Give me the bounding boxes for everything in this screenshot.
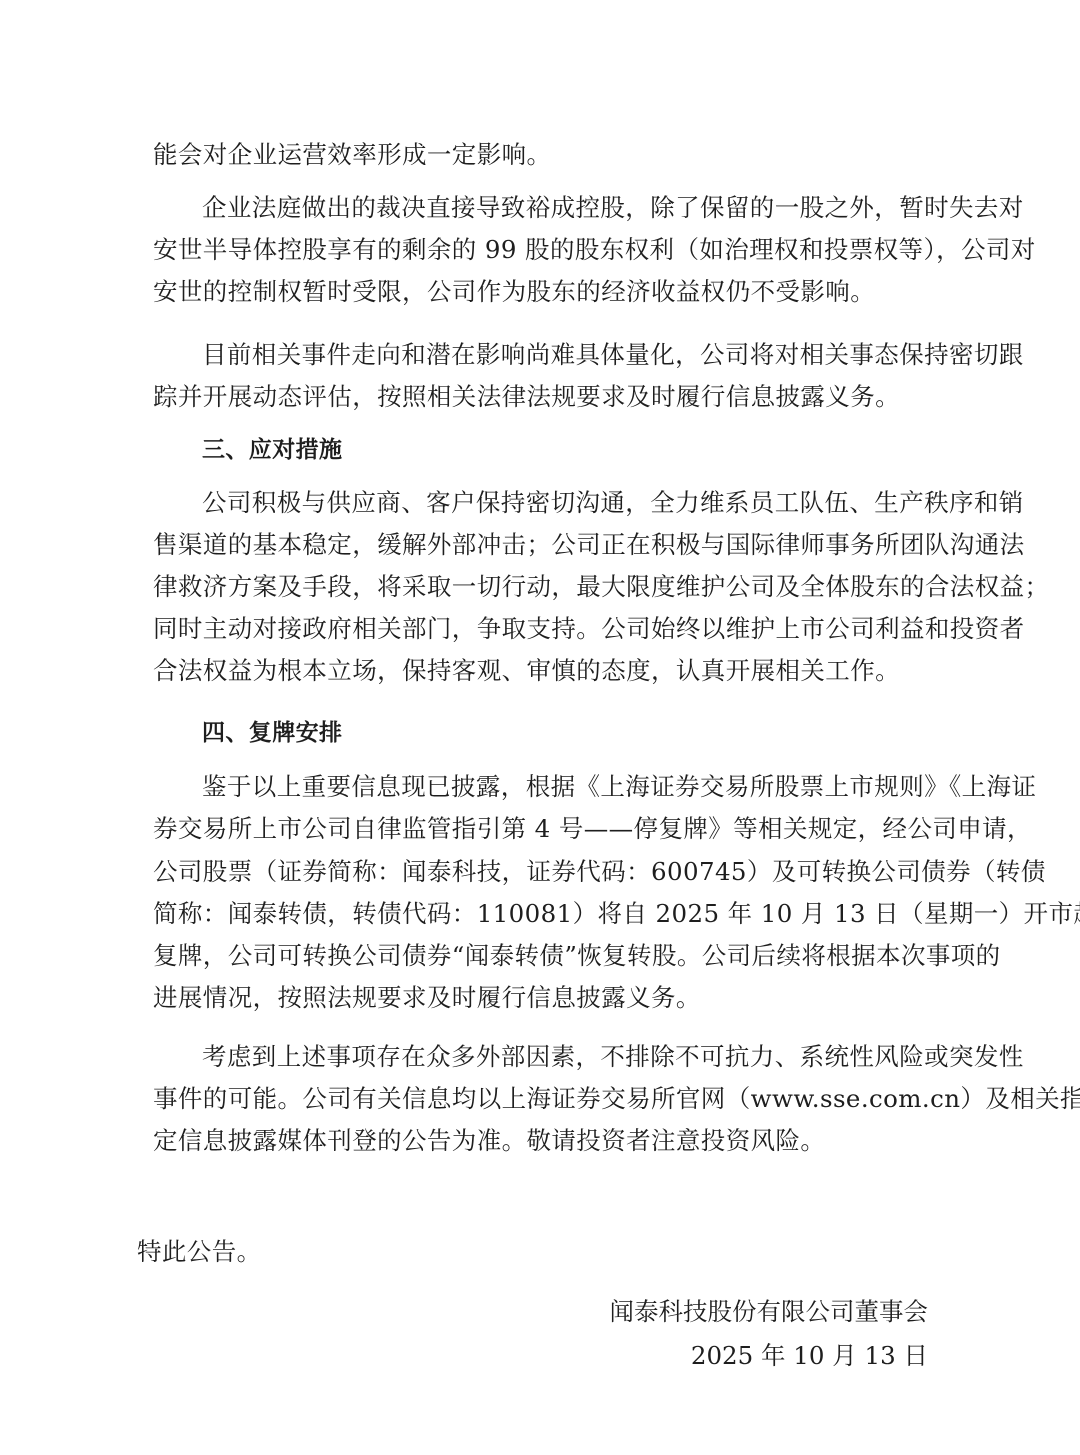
paragraph-line: 安世半导体控股享有的剩余的 99 股的股东权利（如治理权和投票权等），公司对 xyxy=(153,229,928,271)
signature-company: 闻泰科技股份有限公司董事会 xyxy=(153,1291,928,1333)
section-heading: 四、复牌安排 xyxy=(153,712,928,754)
paragraph-line: 鉴于以上重要信息现已披露，根据《上海证券交易所股票上市规则》《上海证 xyxy=(153,766,928,808)
paragraph-line: 踪并开展动态评估，按照相关法律法规要求及时履行信息披露义务。 xyxy=(153,376,928,418)
paragraph-line: 目前相关事件走向和潜在影响尚难具体量化，公司将对相关事态保持密切跟 xyxy=(153,334,928,376)
paragraph-line: 能会对企业运营效率形成一定影响。 xyxy=(153,134,928,176)
paragraph-line: 简称：闻泰转债，转债代码：110081）将自 2025 年 10 月 13 日（… xyxy=(153,893,928,935)
paragraph-line: 进展情况，按照法规要求及时履行信息披露义务。 xyxy=(153,977,928,1019)
paragraph-line: 律救济方案及手段，将采取一切行动，最大限度维护公司及全体股东的合法权益； xyxy=(153,566,928,608)
paragraph-line: 安世的控制权暂时受限，公司作为股东的经济收益权仍不受影响。 xyxy=(153,271,928,313)
paragraph-line: 公司积极与供应商、客户保持密切沟通，全力维系员工队伍、生产秩序和销 xyxy=(153,482,928,524)
paragraph-line: 考虑到上述事项存在众多外部因素，不排除不可抗力、系统性风险或突发性 xyxy=(153,1036,928,1078)
paragraph-line: 事件的可能。公司有关信息均以上海证券交易所官网（www.sse.com.cn）及… xyxy=(153,1078,928,1120)
paragraph-line: 合法权益为根本立场，保持客观、审慎的态度，认真开展相关工作。 xyxy=(153,650,928,692)
section-heading: 三、应对措施 xyxy=(153,429,928,471)
paragraph-line: 企业法庭做出的裁决直接导致裕成控股，除了保留的一股之外，暂时失去对 xyxy=(153,187,928,229)
closing-statement: 特此公告。 xyxy=(137,1231,912,1273)
paragraph-line: 公司股票（证券简称：闻泰科技，证券代码：600745）及可转换公司债券（转债 xyxy=(153,851,928,893)
paragraph-line: 复牌，公司可转换公司债券“闻泰转债”恢复转股。公司后续将根据本次事项的 xyxy=(153,935,928,977)
signature-date: 2025 年 10 月 13 日 xyxy=(153,1335,928,1377)
paragraph-line: 同时主动对接政府相关部门，争取支持。公司始终以维护上市公司利益和投资者 xyxy=(153,608,928,650)
paragraph-line: 售渠道的基本稳定，缓解外部冲击；公司正在积极与国际律师事务所团队沟通法 xyxy=(153,524,928,566)
paragraph-line: 定信息披露媒体刊登的公告为准。敬请投资者注意投资风险。 xyxy=(153,1120,928,1162)
paragraph-line: 券交易所上市公司自律监管指引第 4 号——停复牌》等相关规定，经公司申请， xyxy=(153,808,928,850)
